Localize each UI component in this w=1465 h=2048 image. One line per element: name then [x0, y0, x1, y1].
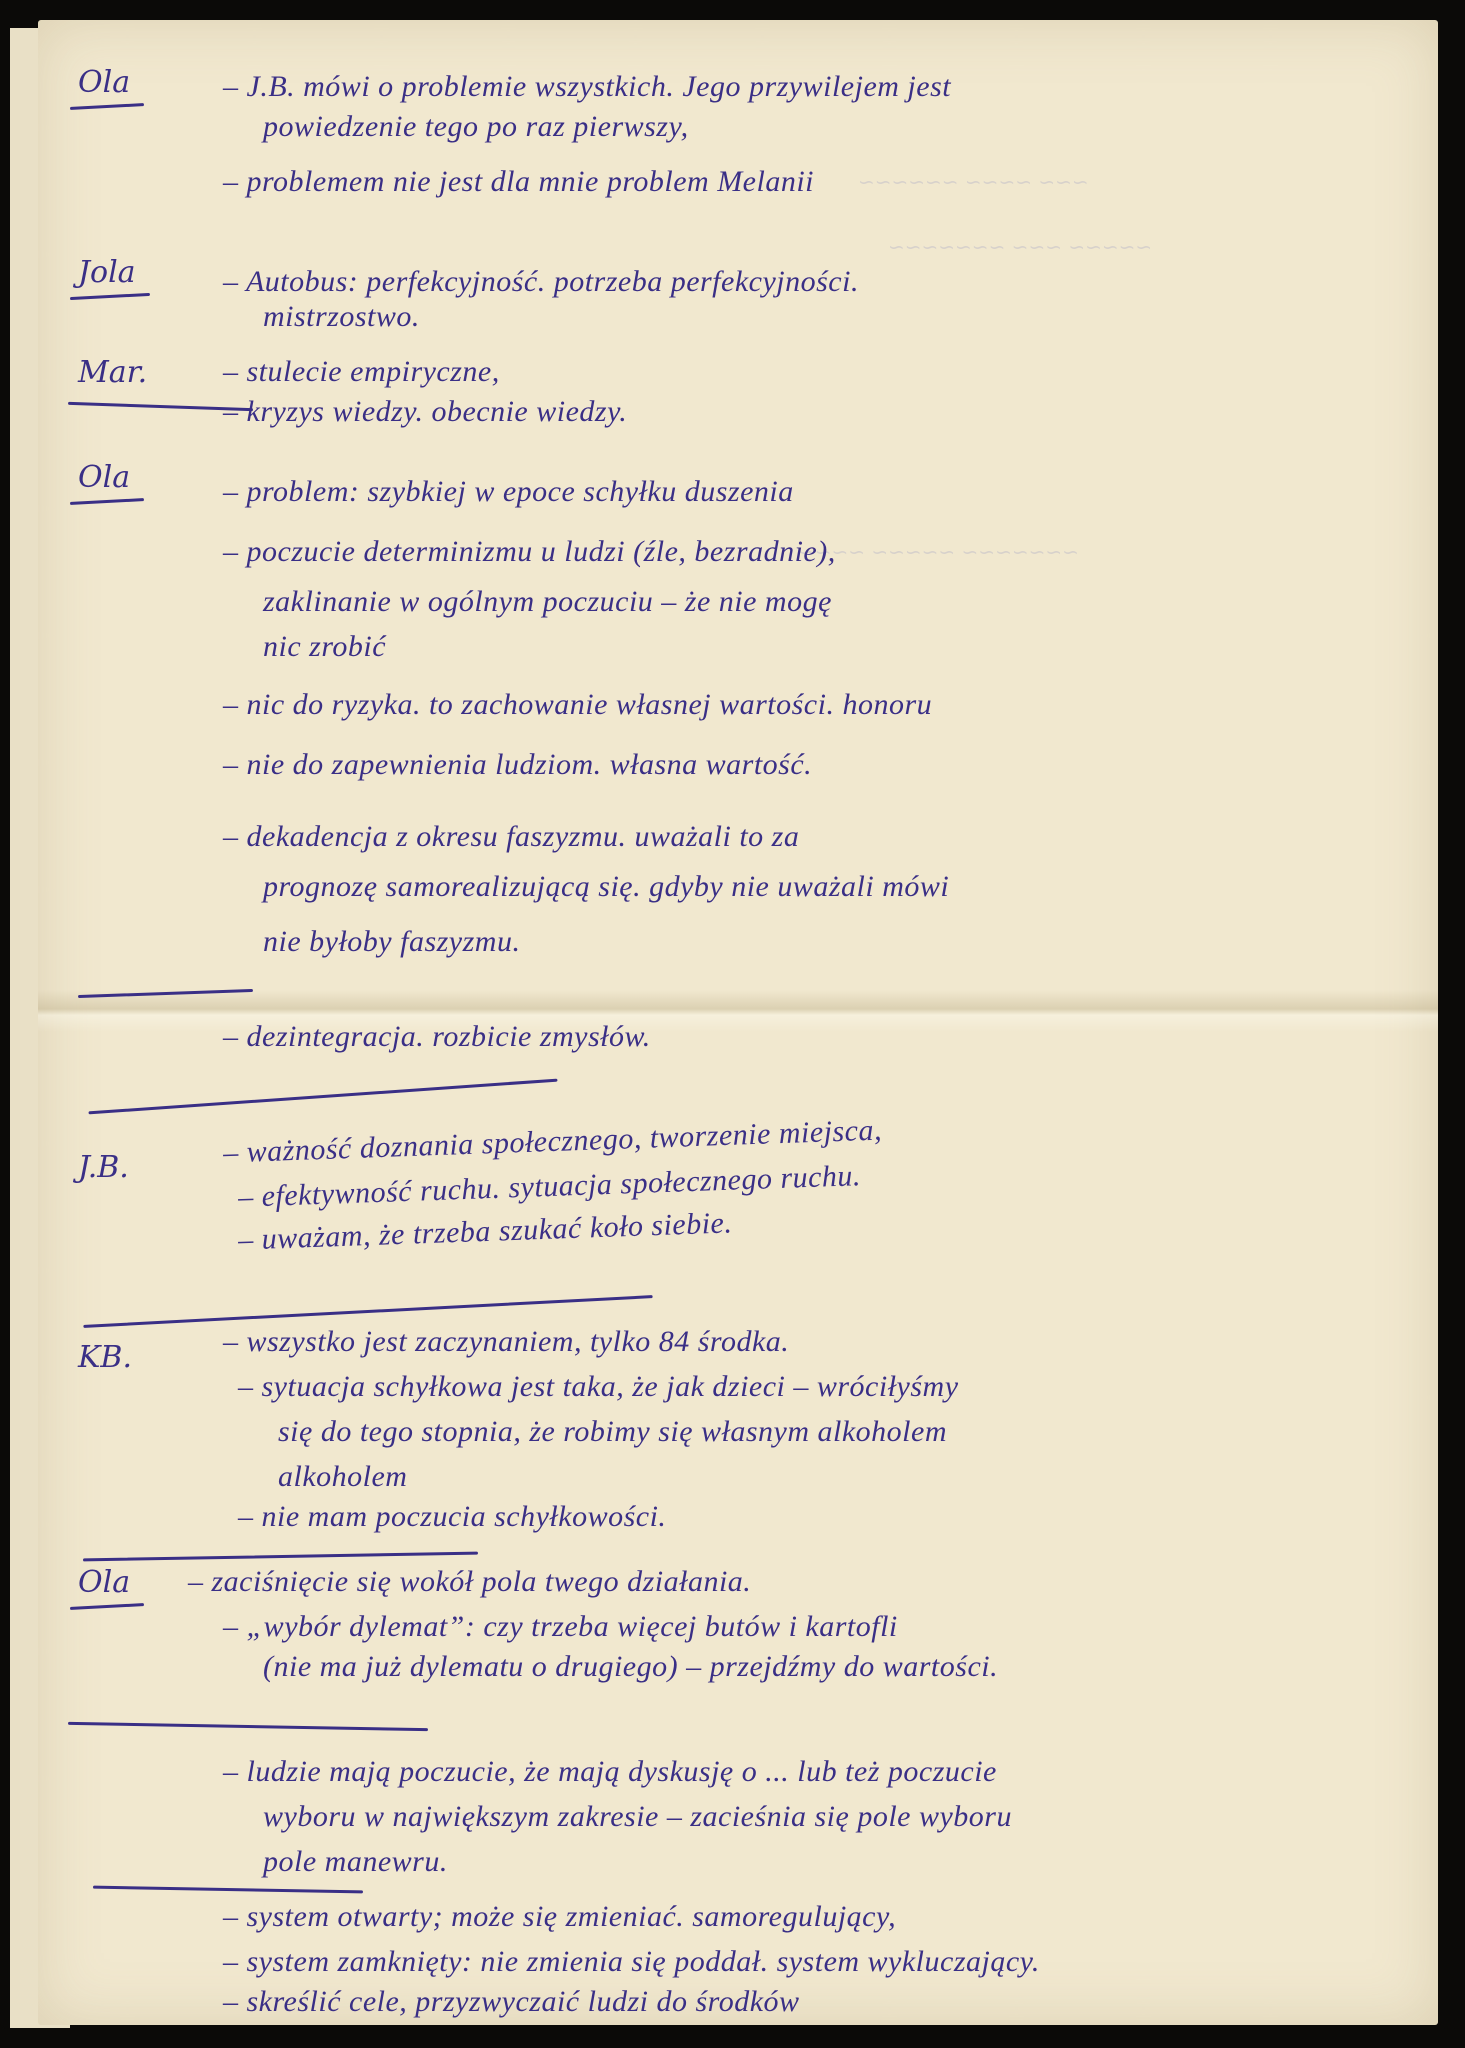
- note-line: pole manewru.: [263, 1845, 448, 1879]
- speaker-underline: [70, 103, 144, 110]
- speaker-label: KB.: [78, 1340, 132, 1375]
- speaker-label: Mar.: [78, 355, 147, 390]
- divider-stroke: [93, 1886, 363, 1894]
- divider-stroke: [83, 1552, 478, 1562]
- divider-stroke: [88, 1079, 557, 1115]
- note-line: wyboru w największym zakresie – zacieśni…: [263, 1800, 1012, 1834]
- divider-stroke: [83, 1295, 652, 1328]
- speaker-name: Jola: [78, 255, 136, 290]
- note-line: – dekadencja z okresu faszyzmu. uważali …: [223, 820, 799, 854]
- note-line: – system zamknięty: nie zmienia się podd…: [223, 1945, 1040, 1979]
- note-line: nic zrobić: [263, 630, 386, 664]
- speaker-name: Mar.: [78, 355, 147, 390]
- note-line: – „wybór dylemat”: czy trzeba więcej but…: [223, 1610, 898, 1644]
- note-line: – nie mam poczucia schyłkowości.: [238, 1500, 666, 1534]
- note-line: – ludzie mają poczucie, że mają dyskusję…: [223, 1755, 997, 1789]
- note-line: – stulecie empiryczne,: [223, 355, 500, 389]
- speaker-name: Ola: [78, 65, 130, 100]
- note-line: nie byłoby faszyzmu.: [263, 925, 520, 959]
- divider-stroke: [68, 1722, 428, 1731]
- note-line: mistrzostwo.: [263, 300, 420, 334]
- note-line: – system otwarty; może się zmieniać. sam…: [223, 1900, 896, 1934]
- note-line: – nic do ryzyka. to zachowanie własnej w…: [223, 688, 932, 722]
- note-line: – nie do zapewnienia ludziom. własna war…: [223, 748, 812, 782]
- speaker-label: J.B.: [78, 1150, 129, 1185]
- speaker-name: J.B.: [78, 1150, 129, 1185]
- speaker-underline: [70, 293, 150, 300]
- speaker-name: Ola: [78, 460, 130, 495]
- speaker-underline: [70, 1603, 144, 1610]
- speaker-name: Ola: [78, 1565, 130, 1600]
- note-line: – Autobus: perfekcyjność. potrzeba perfe…: [223, 265, 859, 299]
- note-line: – uważam, że trzeba szukać koło siebie.: [238, 1206, 733, 1257]
- note-line: – poczucie determinizmu u ludzi (źle, be…: [223, 535, 836, 569]
- note-line: – problem: szybkiej w epoce schyłku dusz…: [223, 475, 794, 509]
- speaker-underline: [70, 498, 144, 505]
- note-line: – wszystko jest zaczynaniem, tylko 84 śr…: [223, 1325, 789, 1359]
- note-line: – problemem nie jest dla mnie problem Me…: [223, 165, 814, 199]
- note-line: – sytuacja schyłkowa jest taka, że jak d…: [238, 1370, 959, 1404]
- speaker-label: Ola: [78, 65, 130, 100]
- note-line: – kryzys wiedzy. obecnie wiedzy.: [223, 395, 627, 429]
- speaker-name: KB.: [78, 1340, 132, 1375]
- note-line: – J.B. mówi o problemie wszystkich. Jego…: [223, 70, 951, 104]
- note-line: – efektywność ruchu. sytuacja społeczneg…: [238, 1159, 862, 1215]
- note-line: zaklinanie w ogólnym poczuciu – że nie m…: [263, 585, 832, 619]
- speaker-label: Jola: [78, 255, 136, 290]
- bleed-through-text: ~~~~~~~ ~~~~~ ~~~~: [798, 540, 1079, 564]
- note-line: się do tego stopnia, że robimy się własn…: [278, 1415, 947, 1449]
- note-line: – dezintegracja. rozbicie zmysłów.: [223, 1020, 651, 1054]
- manuscript-page: ~~~ ~~~~ ~~~~~~ ~~~~~ ~~~ ~~~~~~~ ~~~~~~…: [38, 20, 1438, 2025]
- note-line: prognozę samorealizującą się. gdyby nie …: [263, 870, 949, 904]
- speaker-label: Ola: [78, 1565, 130, 1600]
- note-line: – skreślić cele, przyzwyczaić ludzi do ś…: [223, 1985, 800, 2019]
- bleed-through-text: ~~~ ~~~~ ~~~~~~: [858, 170, 1089, 194]
- note-line: powiedzenie tego po raz pierwszy,: [263, 110, 689, 144]
- note-line: – zaciśnięcie się wokół pola twego dział…: [188, 1565, 751, 1599]
- note-line: alkoholem: [278, 1460, 407, 1494]
- note-line: (nie ma już dylematu o drugiego) – przej…: [263, 1650, 998, 1684]
- bleed-through-text: ~~~~~ ~~~ ~~~~~~~: [888, 235, 1152, 259]
- speaker-label: Ola: [78, 460, 130, 495]
